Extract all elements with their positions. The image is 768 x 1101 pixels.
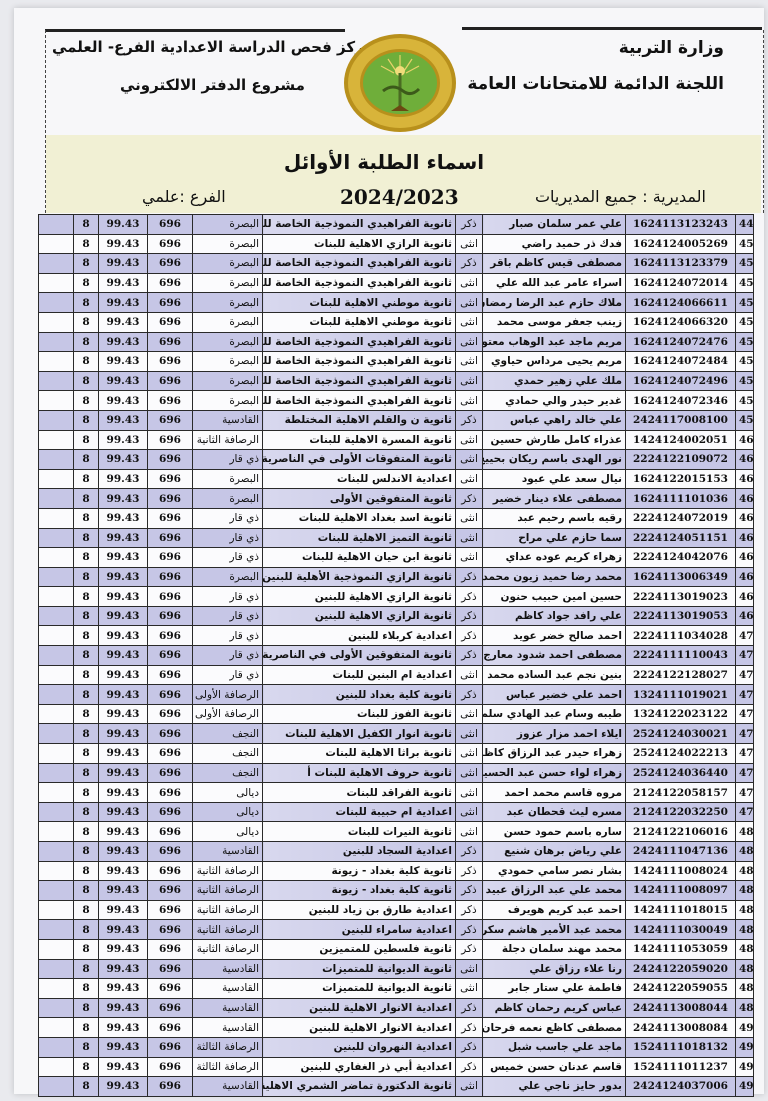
blank-cell [39, 939, 74, 959]
table-row: 899.43696الرصافة الثانيةثانوية كلية بغدا… [39, 861, 754, 881]
exam-id-cell: 1624124072496 [626, 371, 736, 391]
rank-cell: 8 [74, 567, 99, 587]
exam-id-cell: 1624124072014 [626, 273, 736, 293]
average-cell: 99.43 [99, 842, 148, 862]
sequence-number-cell: 489 [736, 998, 754, 1018]
student-name-cell: ساره باسم حمود حسن [483, 822, 626, 842]
rank-cell: 8 [74, 450, 99, 470]
blank-cell [39, 724, 74, 744]
rank-cell: 8 [74, 979, 99, 999]
directorate-cell: الرصافة الثالثة [193, 1057, 263, 1077]
directorate-cell: ذي قار [193, 646, 263, 666]
total-cell: 696 [148, 391, 193, 411]
total-cell: 696 [148, 783, 193, 803]
gender-cell: ذكر [456, 646, 483, 666]
blank-cell [39, 1077, 74, 1097]
blank-cell [39, 215, 74, 235]
sequence-number-cell: 483 [736, 881, 754, 901]
average-cell: 99.43 [99, 626, 148, 646]
total-cell: 696 [148, 626, 193, 646]
ministry-name: وزارة التربية [619, 38, 724, 58]
average-cell: 99.43 [99, 802, 148, 822]
exam-id-cell: 2524124022213 [626, 744, 736, 764]
table-row: 899.43696البصرةثانوية الفراهيدي النموذجي… [39, 273, 754, 293]
school-cell: ثانوية ن والقلم الاهلية المختلطة [263, 410, 456, 430]
table-row: 899.43696البصرةاعدادية الاندلس للبناتانث… [39, 469, 754, 489]
average-cell: 99.43 [99, 391, 148, 411]
blank-cell [39, 920, 74, 940]
rank-cell: 8 [74, 273, 99, 293]
total-cell: 696 [148, 567, 193, 587]
sequence-number-cell: 476 [736, 744, 754, 764]
directorate-cell: ذي قار [193, 587, 263, 607]
directorate-cell: البصرة [193, 312, 263, 332]
total-cell: 696 [148, 215, 193, 235]
sequence-number-cell: 486 [736, 939, 754, 959]
student-name-cell: علي عمر سلمان صبار [483, 215, 626, 235]
rank-cell: 8 [74, 430, 99, 450]
blank-cell [39, 548, 74, 568]
gender-cell: انثى [456, 273, 483, 293]
blank-cell [39, 430, 74, 450]
student-name-cell: علي خالد راهي عباس [483, 410, 626, 430]
student-name-cell: ملك علي زهير حمدي [483, 371, 626, 391]
average-cell: 99.43 [99, 312, 148, 332]
total-cell: 696 [148, 293, 193, 313]
rank-cell: 8 [74, 528, 99, 548]
directorate-cell: الرصافة الأولى [193, 685, 263, 705]
student-name-cell: نور الهدى باسم ريكان بحييح [483, 450, 626, 470]
rank-cell: 8 [74, 371, 99, 391]
blank-cell [39, 646, 74, 666]
table-row: 899.43696البصرةثانوية المتفوقين الأولىذك… [39, 489, 754, 509]
total-cell: 696 [148, 802, 193, 822]
gender-cell: ذكر [456, 1018, 483, 1038]
exam-id-cell: 2224122109072 [626, 450, 736, 470]
student-name-cell: عذراء كامل طارش حسين [483, 430, 626, 450]
school-cell: اعدادية ام البنين للبنات [263, 665, 456, 685]
school-cell: ثانوية كلية بغداد للبنين [263, 685, 456, 705]
total-cell: 696 [148, 548, 193, 568]
table-row: 899.43696ذي قارثانوية التميز الاهلية للب… [39, 528, 754, 548]
directorate-cell: الرصافة الثانية [193, 430, 263, 450]
average-cell: 99.43 [99, 724, 148, 744]
student-name-cell: بنين نجم عبد الساده محمد [483, 665, 626, 685]
sequence-number-cell: 490 [736, 1018, 754, 1038]
gender-cell: ذكر [456, 685, 483, 705]
school-cell: ثانوية الرازي النموذجية الأهلية للبنين [263, 567, 456, 587]
blank-cell [39, 293, 74, 313]
total-cell: 696 [148, 939, 193, 959]
directorate-cell: ذي قار [193, 508, 263, 528]
school-cell: اعدادية أبي ذر الغفاري للبنين [263, 1057, 456, 1077]
total-cell: 696 [148, 352, 193, 372]
exam-id-cell: 2224124072019 [626, 508, 736, 528]
student-name-cell: ملاك حازم عبد الرضا رمضان [483, 293, 626, 313]
rank-cell: 8 [74, 1037, 99, 1057]
project-name: مشروع الدفتر الالكتروني [120, 76, 305, 94]
gender-cell: انثى [456, 763, 483, 783]
average-cell: 99.43 [99, 959, 148, 979]
gender-cell: ذكر [456, 861, 483, 881]
exam-id-cell: 1624124066611 [626, 293, 736, 313]
directorate-cell: الرصافة الثانية [193, 881, 263, 901]
rank-cell: 8 [74, 1057, 99, 1077]
exam-id-cell: 1524111018132 [626, 1037, 736, 1057]
table-row: 899.43696ذي قارثانوية اسد بغداد الاهلية … [39, 508, 754, 528]
average-cell: 99.43 [99, 1037, 148, 1057]
total-cell: 696 [148, 665, 193, 685]
school-cell: ثانوية الفراهيدي النموذجية الخاصة للبنات [263, 371, 456, 391]
gender-cell: ذكر [456, 1057, 483, 1077]
sequence-number-cell: 450 [736, 234, 754, 254]
exam-id-cell: 1624122015153 [626, 469, 736, 489]
total-cell: 696 [148, 959, 193, 979]
directorate-cell: الرصافة الثانية [193, 939, 263, 959]
average-cell: 99.43 [99, 450, 148, 470]
gender-cell: انثى [456, 312, 483, 332]
rank-cell: 8 [74, 744, 99, 764]
directorate-cell: البصرة [193, 293, 263, 313]
student-name-cell: ماجد علي جاسب شبل [483, 1037, 626, 1057]
exam-id-cell: 1624124072346 [626, 391, 736, 411]
student-name-cell: احمد عبد كريم هويرف [483, 900, 626, 920]
total-cell: 696 [148, 822, 193, 842]
sequence-number-cell: 492 [736, 1057, 754, 1077]
average-cell: 99.43 [99, 1018, 148, 1038]
average-cell: 99.43 [99, 861, 148, 881]
school-cell: ثانوية الديوانية للمتميزات [263, 959, 456, 979]
table-row: 899.43696ديالىثانوية الفراقد للبناتانثىم… [39, 783, 754, 803]
school-cell: ثانوية كلية بغداد - زيونة [263, 861, 456, 881]
total-cell: 696 [148, 861, 193, 881]
sequence-number-cell: 481 [736, 842, 754, 862]
directorate-cell: القادسية [193, 1018, 263, 1038]
directorate-cell: البصرة [193, 215, 263, 235]
gender-cell: ذكر [456, 998, 483, 1018]
school-cell: ثانوية المسرة الاهلية للبنات [263, 430, 456, 450]
blank-cell [39, 508, 74, 528]
gender-cell: انثى [456, 332, 483, 352]
school-cell: اعدادية الاندلس للبنات [263, 469, 456, 489]
directorate-cell: الرصافة الثانية [193, 920, 263, 940]
exam-id-cell: 2224111034028 [626, 626, 736, 646]
directorate-cell: البصرة [193, 254, 263, 274]
school-cell: ثانوية موطني الاهلية للبنات [263, 293, 456, 313]
table-row: 899.43696ذي قاراعدادية ام البنين للبناتا… [39, 665, 754, 685]
blank-cell [39, 312, 74, 332]
school-cell: ثانوية انوار الكفيل الاهلية للبنات [263, 724, 456, 744]
gender-cell: انثى [456, 802, 483, 822]
school-cell: ثانوية الفراهيدي النموذجية الخاصة للبنات [263, 273, 456, 293]
school-cell: ثانوية الرازي الاهلية للبنات [263, 234, 456, 254]
directorate-cell: ذي قار [193, 450, 263, 470]
gender-cell: انثى [456, 548, 483, 568]
directorate-cell: الرصافة الثانية [193, 861, 263, 881]
average-cell: 99.43 [99, 606, 148, 626]
average-cell: 99.43 [99, 332, 148, 352]
blank-cell [39, 450, 74, 470]
sequence-number-cell: 455 [736, 332, 754, 352]
exam-center-name: - مركز فحص الدراسة الاعدادية الفرع- العل… [52, 38, 385, 56]
gender-cell: انثى [456, 1077, 483, 1097]
blank-cell [39, 842, 74, 862]
rank-cell: 8 [74, 293, 99, 313]
exam-id-cell: 1424111030049 [626, 920, 736, 940]
table-row: 899.43696الرصافة الثالثةاعدادية أبي ذر ا… [39, 1057, 754, 1077]
gender-cell: انثى [456, 234, 483, 254]
rank-cell: 8 [74, 215, 99, 235]
student-name-cell: قاسم عدنان حسن خميس [483, 1057, 626, 1077]
sequence-number-cell: 449 [736, 215, 754, 235]
student-name-cell: مصطفى كاظع نعمه فرحان [483, 1018, 626, 1038]
total-cell: 696 [148, 587, 193, 607]
total-cell: 696 [148, 606, 193, 626]
rank-cell: 8 [74, 606, 99, 626]
student-name-cell: محمد علي عبد الرزاق عبيد [483, 881, 626, 901]
directorate-cell: ديالى [193, 802, 263, 822]
school-cell: ثانوية فلسطين للمتميزين [263, 939, 456, 959]
blank-cell [39, 489, 74, 509]
rank-cell: 8 [74, 410, 99, 430]
total-cell: 696 [148, 489, 193, 509]
blank-cell [39, 528, 74, 548]
student-name-cell: مسره ليث قحطان عبد [483, 802, 626, 822]
exam-id-cell: 2224124051151 [626, 528, 736, 548]
student-name-cell: زهراء لواء حسن عبد الحسين [483, 763, 626, 783]
total-cell: 696 [148, 763, 193, 783]
blank-cell [39, 371, 74, 391]
school-cell: ثانوية الفراهيدي النموذجية الخاصة للبنات [263, 332, 456, 352]
exam-id-cell: 2524124030021 [626, 724, 736, 744]
rank-cell: 8 [74, 842, 99, 862]
total-cell: 696 [148, 998, 193, 1018]
sequence-number-cell: 493 [736, 1077, 754, 1097]
table-row: 899.43696النجفثانوية حروف الاهلية للبنات… [39, 763, 754, 783]
table-row: 899.43696البصرةثانوية الفراهيدي النموذجي… [39, 215, 754, 235]
blank-cell [39, 802, 74, 822]
table-row: 899.43696الرصافة الثانيةثانوية فلسطين لل… [39, 939, 754, 959]
directorate-cell: ذي قار [193, 626, 263, 646]
table-row: 899.43696البصرةثانوية الفراهيدي النموذجي… [39, 391, 754, 411]
committee-name: اللجنة الدائمة للامتحانات العامة [467, 74, 724, 94]
directorate-cell: ديالى [193, 783, 263, 803]
student-name-cell: احمد علي خضير عباس [483, 685, 626, 705]
directorate-cell: القادسية [193, 979, 263, 999]
blank-cell [39, 410, 74, 430]
table-row: 899.43696القادسيةاعدادية الانوار الاهلية… [39, 1018, 754, 1038]
rank-cell: 8 [74, 763, 99, 783]
average-cell: 99.43 [99, 548, 148, 568]
total-cell: 696 [148, 744, 193, 764]
average-cell: 99.43 [99, 900, 148, 920]
table-row: 899.43696القادسيةاعدادية السجاد للبنينذك… [39, 842, 754, 862]
branch-label: الفرع :علمي [142, 187, 226, 206]
directorate-cell: الرصافة الثالثة [193, 1037, 263, 1057]
gender-cell: انثى [456, 469, 483, 489]
total-cell: 696 [148, 332, 193, 352]
gender-cell: انثى [456, 822, 483, 842]
blank-cell [39, 744, 74, 764]
exam-id-cell: 1424111018015 [626, 900, 736, 920]
school-cell: ثانوية الفوز للبنات [263, 704, 456, 724]
exam-id-cell: 1324122023122 [626, 704, 736, 724]
average-cell: 99.43 [99, 430, 148, 450]
sequence-number-cell: 487 [736, 959, 754, 979]
directorate-cell: الرصافة الأولى [193, 704, 263, 724]
table-row: 899.43696الرصافة الأولىثانوية الفوز للبن… [39, 704, 754, 724]
blank-cell [39, 763, 74, 783]
sequence-number-cell: 473 [736, 685, 754, 705]
exam-id-cell: 2224124042076 [626, 548, 736, 568]
rank-cell: 8 [74, 391, 99, 411]
blank-cell [39, 1018, 74, 1038]
directorate-cell: النجف [193, 763, 263, 783]
gender-cell: ذكر [456, 489, 483, 509]
exam-id-cell: 1624124072484 [626, 352, 736, 372]
table-row: 899.43696البصرةثانوية الرازي النموذجية ا… [39, 567, 754, 587]
exam-id-cell: 2424117008100 [626, 410, 736, 430]
directorate-cell: البصرة [193, 567, 263, 587]
gender-cell: انثى [456, 744, 483, 764]
gender-cell: انثى [456, 371, 483, 391]
blank-cell [39, 822, 74, 842]
total-cell: 696 [148, 450, 193, 470]
sequence-number-cell: 469 [736, 606, 754, 626]
rank-cell: 8 [74, 665, 99, 685]
sequence-number-cell: 485 [736, 920, 754, 940]
student-name-cell: علي رياض برهان شنيع [483, 842, 626, 862]
exam-id-cell: 2424124037006 [626, 1077, 736, 1097]
average-cell: 99.43 [99, 744, 148, 764]
sequence-number-cell: 475 [736, 724, 754, 744]
student-name-cell: حسين امين حبيب حنون [483, 587, 626, 607]
student-name-cell: محمد رضا حميد زيون محمد [483, 567, 626, 587]
student-name-cell: محمد عبد الأمير هاشم سكر [483, 920, 626, 940]
sequence-number-cell: 460 [736, 430, 754, 450]
table-row: 899.43696ذي قارثانوية الرازي الاهلية للب… [39, 587, 754, 607]
blank-cell [39, 665, 74, 685]
blank-cell [39, 861, 74, 881]
directorate-cell: ذي قار [193, 528, 263, 548]
rank-cell: 8 [74, 920, 99, 940]
table-row: 899.43696القادسيةثانوية الدكتورة تماضر ا… [39, 1077, 754, 1097]
sequence-number-cell: 451 [736, 254, 754, 274]
blank-cell [39, 783, 74, 803]
table-row: 899.43696ذي قارثانوية المتفوقات الأولى ف… [39, 450, 754, 470]
average-cell: 99.43 [99, 665, 148, 685]
total-cell: 696 [148, 685, 193, 705]
average-cell: 99.43 [99, 469, 148, 489]
sequence-number-cell: 457 [736, 371, 754, 391]
table-row: 899.43696البصرةثانوية الفراهيدي النموذجي… [39, 371, 754, 391]
directorate-cell: البصرة [193, 273, 263, 293]
rank-cell: 8 [74, 254, 99, 274]
student-name-cell: احمد صالح خضر عويد [483, 626, 626, 646]
gender-cell: انثى [456, 783, 483, 803]
school-cell: ثانوية المتفوقين الأولى في الناصرية [263, 646, 456, 666]
blank-cell [39, 352, 74, 372]
rank-cell: 8 [74, 1018, 99, 1038]
directorate-label: المديرية : جميع المديريات [535, 187, 706, 206]
average-cell: 99.43 [99, 352, 148, 372]
table-row: 899.43696الرصافة الأولىثانوية كلية بغداد… [39, 685, 754, 705]
exam-id-cell: 2224111110043 [626, 646, 736, 666]
gender-cell: انثى [456, 979, 483, 999]
total-cell: 696 [148, 528, 193, 548]
student-name-cell: مريم ماجد عبد الوهاب معتوق [483, 332, 626, 352]
rank-cell: 8 [74, 685, 99, 705]
directorate-cell: الرصافة الثانية [193, 900, 263, 920]
school-cell: اعدادية طارق بن زياد للبنين [263, 900, 456, 920]
school-cell: ثانوية الفراهيدي النموذجية الخاصة للبنات [263, 391, 456, 411]
directorate-cell: البصرة [193, 352, 263, 372]
school-cell: ثانوية المتفوقين الأولى [263, 489, 456, 509]
table-row: 899.43696ذي قارثانوية ابن حيان الاهلية ل… [39, 548, 754, 568]
student-name-cell: بشار نصر سامي حمودي [483, 861, 626, 881]
rank-cell: 8 [74, 783, 99, 803]
blank-cell [39, 273, 74, 293]
table-row: 899.43696القادسيةثانوية الديوانية للمتمي… [39, 979, 754, 999]
table-row: 899.43696ذي قارثانوية المتفوقين الأولى ف… [39, 646, 754, 666]
gender-cell: ذكر [456, 939, 483, 959]
school-cell: ثانوية الرازي الاهلية للبنين [263, 606, 456, 626]
total-cell: 696 [148, 430, 193, 450]
total-cell: 696 [148, 254, 193, 274]
table-row: 899.43696ديالىاعدادية ام حبيبة للبناتانث… [39, 802, 754, 822]
table-row: 899.43696الرصافة الثانيةثانوية كلية بغدا… [39, 881, 754, 901]
total-cell: 696 [148, 881, 193, 901]
average-cell: 99.43 [99, 371, 148, 391]
gender-cell: انثى [456, 430, 483, 450]
blank-cell [39, 900, 74, 920]
rank-cell: 8 [74, 704, 99, 724]
student-name-cell: سما حازم علي مراح [483, 528, 626, 548]
average-cell: 99.43 [99, 410, 148, 430]
exam-id-cell: 2424113008084 [626, 1018, 736, 1038]
blank-cell [39, 998, 74, 1018]
school-cell: ثانوية الفراقد للبنات [263, 783, 456, 803]
sequence-number-cell: 466 [736, 548, 754, 568]
directorate-cell: ذي قار [193, 548, 263, 568]
exam-id-cell: 2224113019053 [626, 606, 736, 626]
school-cell: ثانوية براثا الاهلية للبنات [263, 744, 456, 764]
gender-cell: انثى [456, 293, 483, 313]
exam-id-cell: 2424111047136 [626, 842, 736, 862]
directorate-cell: البصرة [193, 391, 263, 411]
blank-cell [39, 704, 74, 724]
table-row: 899.43696القادسيةاعدادية الانوار الاهلية… [39, 998, 754, 1018]
average-cell: 99.43 [99, 254, 148, 274]
school-cell: اعدادية الانوار الاهلية للبنين [263, 1018, 456, 1038]
gender-cell: ذكر [456, 842, 483, 862]
blank-cell [39, 391, 74, 411]
average-cell: 99.43 [99, 881, 148, 901]
student-name-cell: طيبه وسام عبد الهادي سلمان [483, 704, 626, 724]
average-cell: 99.43 [99, 783, 148, 803]
sequence-number-cell: 474 [736, 704, 754, 724]
gender-cell: ذكر [456, 1037, 483, 1057]
table-row: 899.43696القادسيةثانوية الديوانية للمتمي… [39, 959, 754, 979]
student-name-cell: اسراء عامر عبد الله علي [483, 273, 626, 293]
total-cell: 696 [148, 312, 193, 332]
rank-cell: 8 [74, 352, 99, 372]
average-cell: 99.43 [99, 1057, 148, 1077]
table-row: 899.43696البصرةثانوية الفراهيدي النموذجي… [39, 352, 754, 372]
school-cell: ثانوية الفراهيدي النموذجية الخاصة للبنين [263, 215, 456, 235]
total-cell: 696 [148, 1037, 193, 1057]
student-name-cell: بدور حايز ناجي علي [483, 1077, 626, 1097]
